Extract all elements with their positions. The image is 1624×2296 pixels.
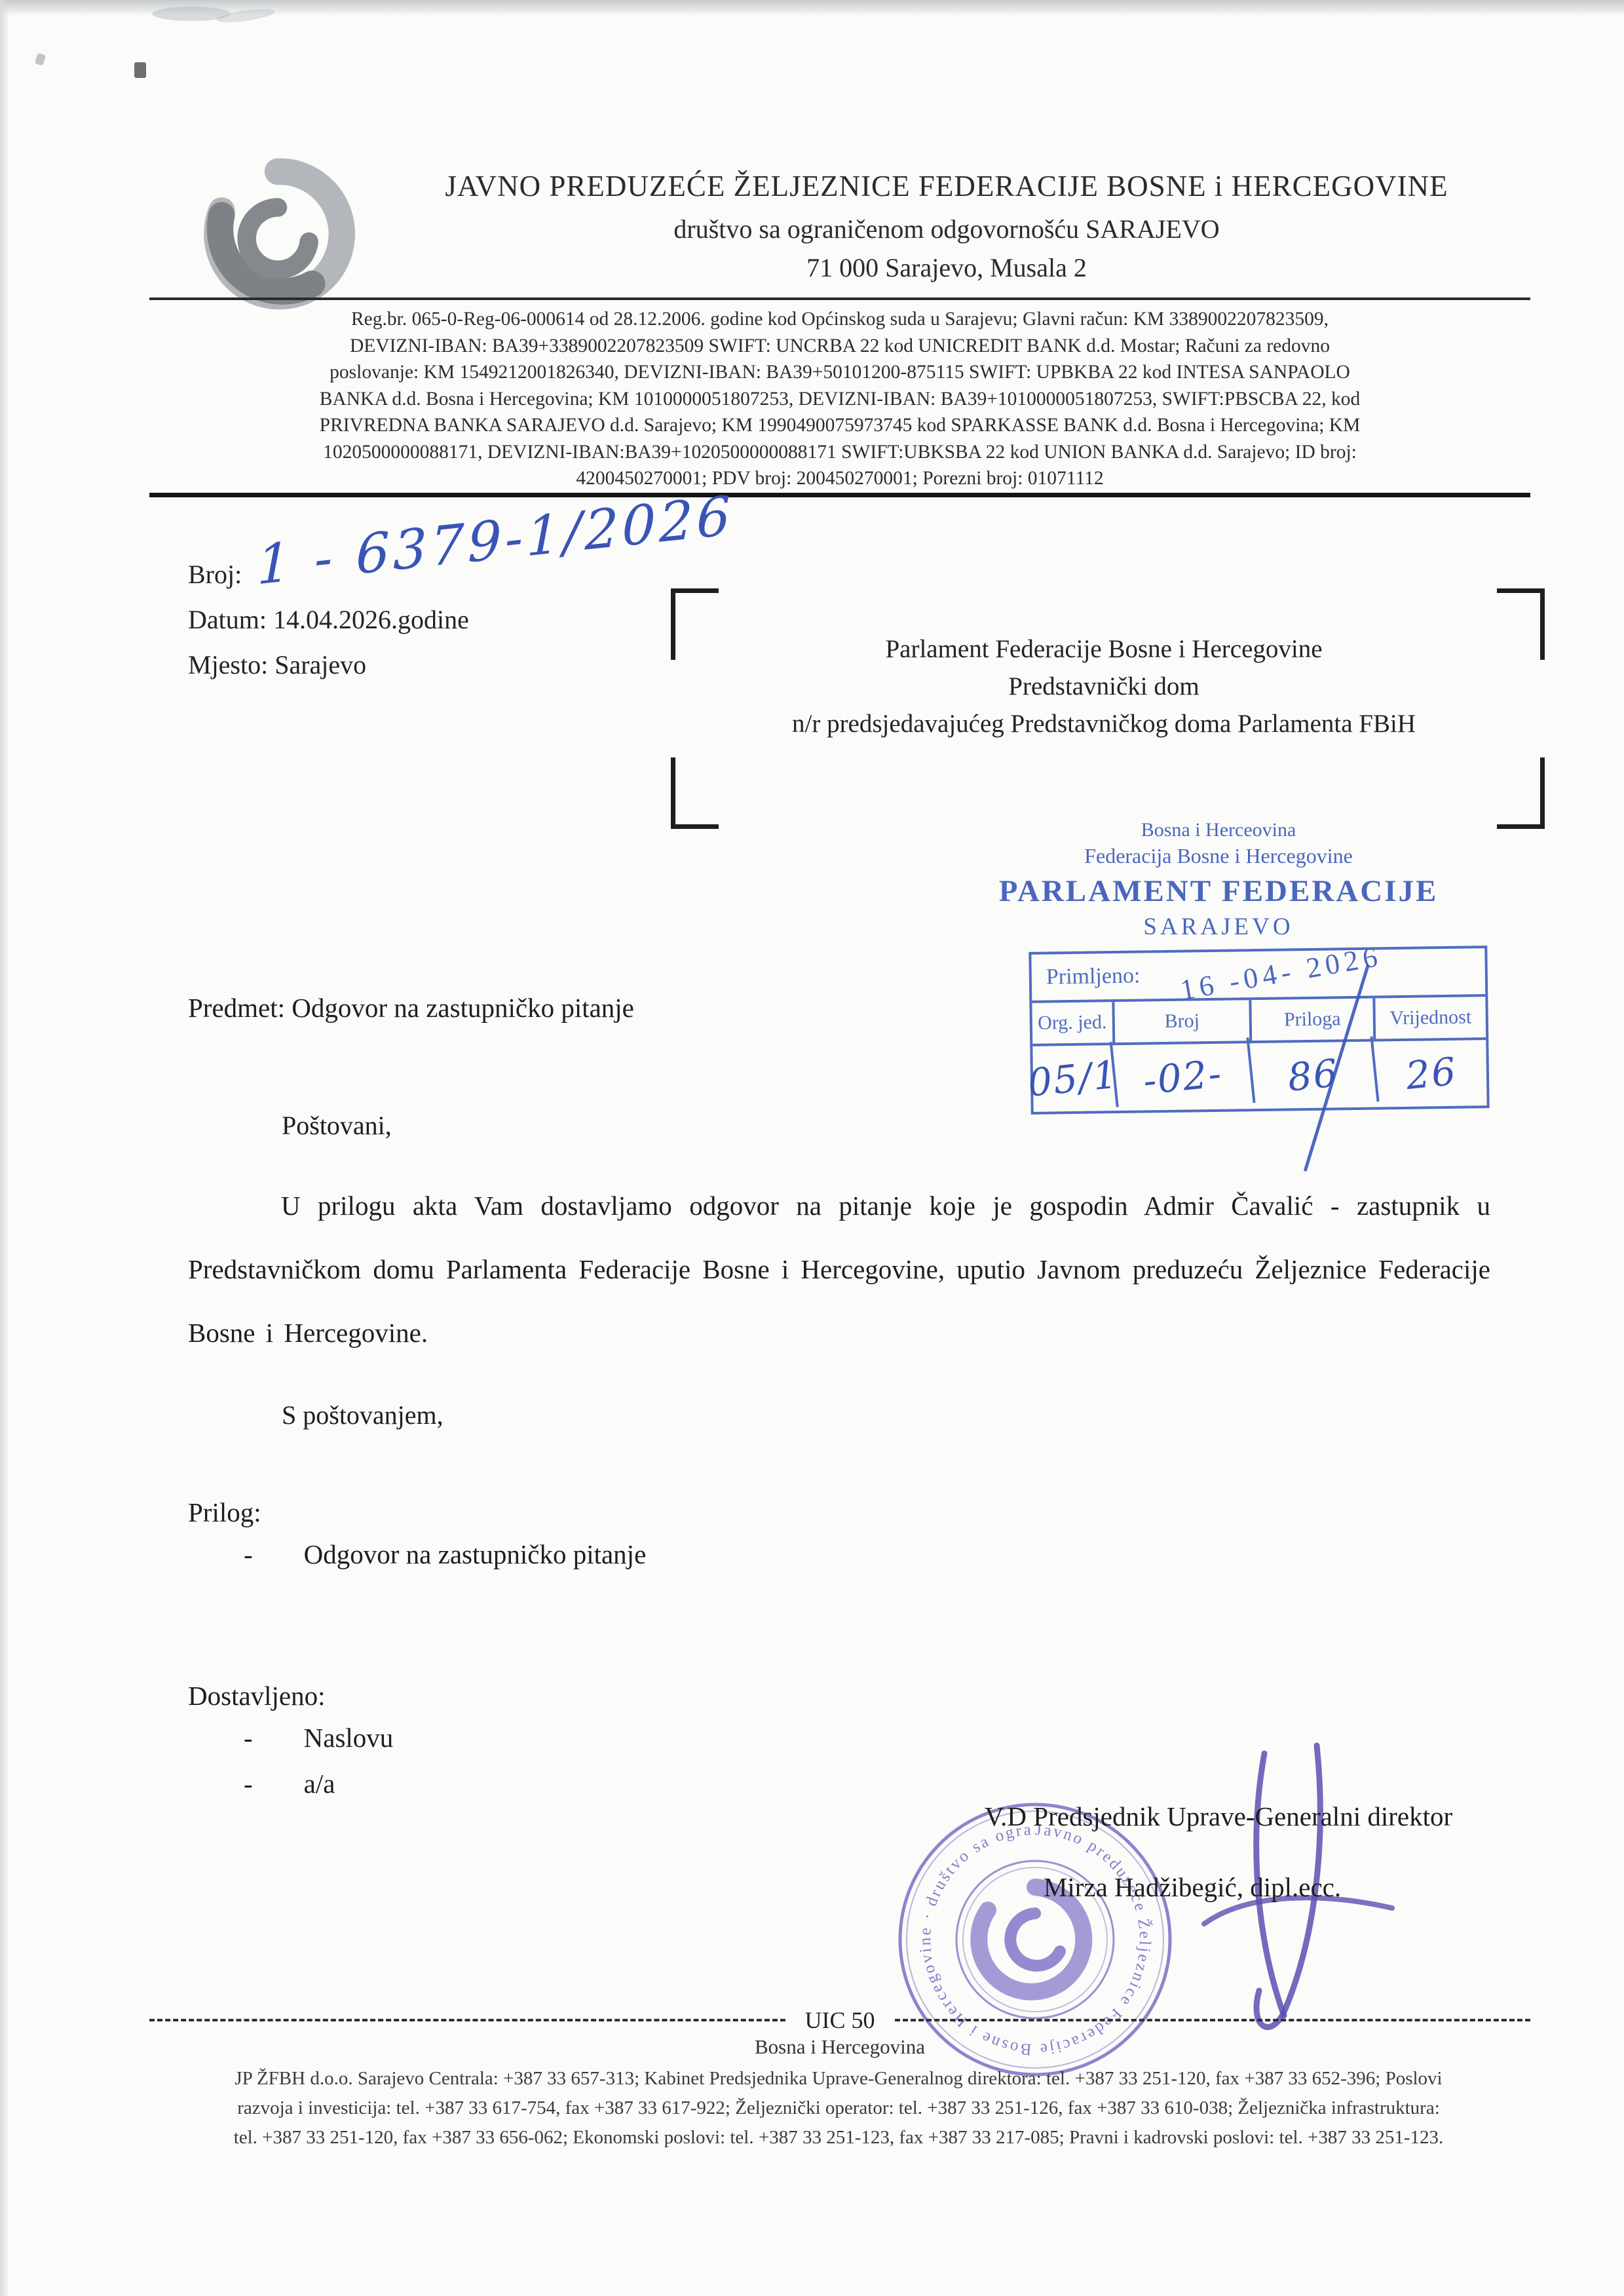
registration-line: 1020500000088171, DEVIZNI-IBAN:BA39+1020… (149, 439, 1530, 466)
document-date: Datum: 14.04.2026.godine (188, 604, 469, 635)
signatory-name: Mirza Hadžibegić, dipl.ecc. (930, 1871, 1454, 1903)
list-bullet: - (244, 1539, 253, 1570)
value-vrijednost: 26 (1373, 1035, 1489, 1111)
document-number-label: Broj: (188, 559, 242, 590)
footer-dashed-line (149, 2019, 785, 2021)
registration-block: Reg.br. 065-0-Reg-06-000614 od 28.12.200… (149, 306, 1530, 492)
addressee-line: n/r predsjedavajućeg Predstavničkog doma… (711, 705, 1497, 742)
footer-uic-row: UIC 50 (149, 2006, 1530, 2034)
salutation: Poštovani, (282, 1110, 392, 1141)
received-stamp-primljeno-row: Primljeno: 16 -04- 2026 (1031, 948, 1485, 1003)
registration-line: 4200450270001; PDV broj: 200450270001; P… (149, 465, 1530, 492)
received-stamp-federation: Federacija Bosne i Hercegovine (950, 844, 1487, 868)
col-header-org-jed: Org. jed. (1032, 1002, 1115, 1046)
registration-line: Reg.br. 065-0-Reg-06-000614 od 28.12.200… (149, 306, 1530, 333)
footer-dashed-line (895, 2019, 1531, 2021)
document-number-handwritten: 1 - 6379-1/2026 (257, 484, 734, 597)
footer-contact-line: JP ŽFBH d.o.o. Sarajevo Centrala: +387 3… (105, 2064, 1572, 2094)
value-org-jed: 05/1 (1030, 1042, 1118, 1115)
subject-line: Predmet: Odgovor na zastupničko pitanje (188, 992, 634, 1024)
received-date-stamp: 16 -04- 2026 (1178, 939, 1384, 1006)
received-stamp-parliament: PARLAMENT FEDERACIJE (950, 873, 1487, 909)
company-subtitle: društvo sa ograničenom odgovornošću SARA… (367, 214, 1526, 244)
scanned-letter-page: JAVNO PREDUZEĆE ŽELJEZNICE FEDERACIJE BO… (0, 0, 1624, 2296)
company-name: JAVNO PREDUZEĆE ŽELJEZNICE FEDERACIJE BO… (367, 169, 1526, 203)
zfbh-swirl-logo (195, 156, 360, 312)
header-divider (149, 297, 1530, 300)
addressee-block: Parlament Federacije Bosne i Hercegovine… (711, 630, 1497, 742)
received-stamp-table: Primljeno: 16 -04- 2026 Org. jed. Broj P… (1029, 946, 1489, 1115)
uic-label: UIC 50 (805, 2006, 875, 2034)
received-stamp-header: Bosna i Herceovina Federacija Bosne i He… (950, 819, 1487, 941)
registration-line: poslovanje: KM 1549212001826340, DEVIZNI… (149, 359, 1530, 386)
received-stamp-city: SARAJEVO (950, 913, 1487, 941)
scan-edge-artifact (0, 0, 9, 2296)
dostavljeno-item-text: a/a (304, 1768, 335, 1799)
signatory-title: V.D Predsjednik Uprave-Generalni direkto… (930, 1801, 1507, 1832)
received-stamp-country: Bosna i Herceovina (950, 819, 1487, 841)
addressee-line: Predstavnički dom (711, 668, 1497, 705)
closing-line: S poštovanjem, (282, 1400, 444, 1430)
address-window-bracket (1497, 588, 1545, 660)
footer-contact-line: razvoja i investicija: tel. +387 33 617-… (105, 2094, 1572, 2123)
prilog-item: - Odgovor na zastupničko pitanje (244, 1539, 646, 1570)
addressee-line: Parlament Federacije Bosne i Hercegovine (711, 630, 1497, 668)
primljeno-label: Primljeno: (1046, 964, 1141, 990)
footer-contact-line: tel. +387 33 251-120, fax +387 33 656-06… (105, 2123, 1572, 2152)
value-priloga: 86 (1249, 1037, 1379, 1115)
registration-line: BANKA d.d. Bosna i Hercegovina; KM 10100… (149, 386, 1530, 413)
list-bullet: - (244, 1768, 253, 1799)
body-paragraph: U prilogu akta Vam dostavljamo odgovor n… (188, 1174, 1490, 1365)
company-address: 71 000 Sarajevo, Musala 2 (367, 252, 1526, 283)
footer-contact-block: JP ŽFBH d.o.o. Sarajevo Centrala: +387 3… (105, 2064, 1572, 2152)
address-window-bracket (671, 757, 719, 829)
registration-line: PRIVREDNA BANKA SARAJEVO d.d. Sarajevo; … (149, 412, 1530, 439)
list-bullet: - (244, 1722, 253, 1753)
received-stamp-header-row: Org. jed. Broj Priloga Vrijednost (1032, 997, 1486, 1046)
registration-line: DEVIZNI-IBAN: BA39+3389002207823509 SWIF… (149, 333, 1530, 360)
dostavljeno-item-text: Naslovu (304, 1722, 394, 1753)
address-window-bracket (1497, 757, 1545, 829)
letterhead: JAVNO PREDUZEĆE ŽELJEZNICE FEDERACIJE BO… (367, 169, 1526, 283)
document-place: Mjesto: Sarajevo (188, 649, 366, 680)
dostavljeno-item: - a/a (244, 1768, 335, 1799)
col-header-vrijednost: Vrijednost (1375, 997, 1486, 1041)
dostavljeno-label: Dostavljeno: (188, 1680, 326, 1712)
value-broj: -02- (1112, 1037, 1255, 1117)
registration-divider (149, 493, 1530, 497)
prilog-label: Prilog: (188, 1497, 261, 1528)
scan-speck (134, 62, 146, 78)
received-stamp-values-row: 05/1 -02- 86 26 (1032, 1040, 1486, 1112)
footer-country: Bosna i Hercegovina (149, 2035, 1530, 2059)
scan-speck (35, 52, 47, 66)
prilog-item-text: Odgovor na zastupničko pitanje (304, 1539, 647, 1570)
dostavljeno-item: - Naslovu (244, 1722, 393, 1753)
